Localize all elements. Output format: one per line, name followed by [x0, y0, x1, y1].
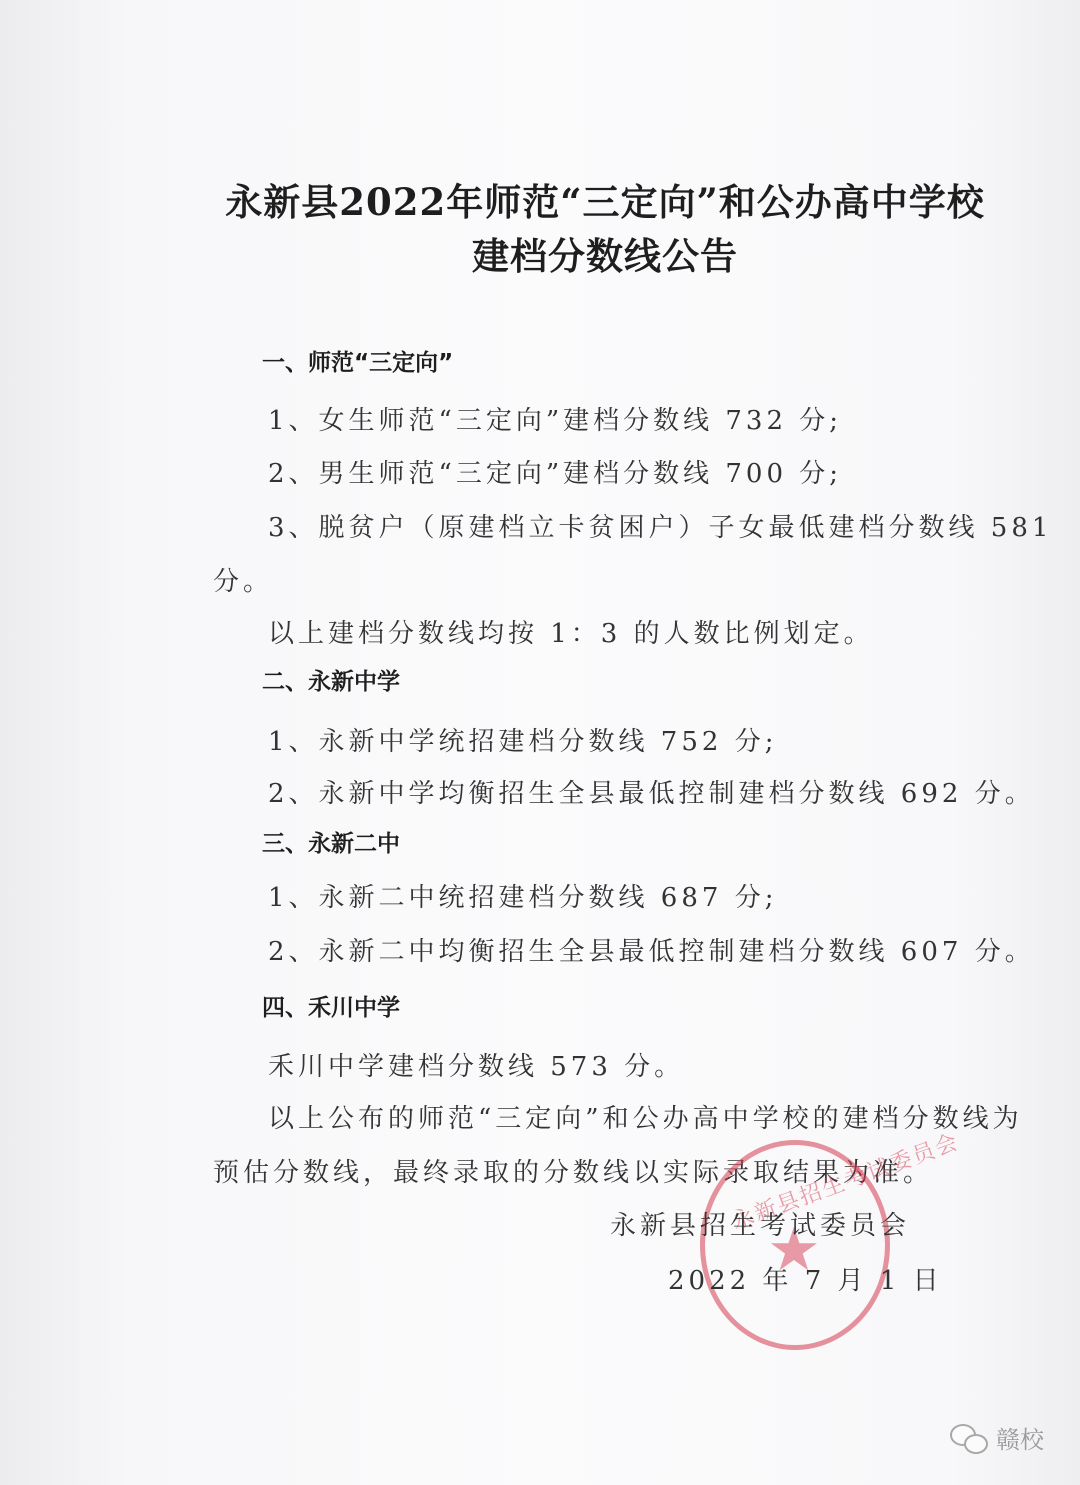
wechat-icon	[950, 1424, 990, 1452]
document-page: 永新县2022年师范“三定向”和公办高中学校 建档分数线公告 一、师范“三定向”…	[0, 0, 1080, 1485]
section-heading-3: 三、永新二中	[262, 825, 400, 858]
section-3-item-2: 2、永新二中均衡招生全县最低控制建档分数线 607 分。	[268, 931, 1035, 968]
section-2-item-2: 2、永新中学均衡招生全县最低控制建档分数线 692 分。	[268, 773, 1035, 810]
section-3-item-1: 1、永新二中统招建档分数线 687 分;	[268, 877, 777, 914]
signature: 永新县招生考试委员会	[610, 1205, 910, 1242]
section-2-item-1: 1、永新中学统招建档分数线 752 分;	[268, 721, 777, 758]
section-1-item-3: 3、脱贫户（原建档立卡贫困户）子女最低建档分数线 581	[268, 507, 1052, 544]
watermark-label: 赣校	[996, 1420, 1044, 1455]
section-heading-2: 二、永新中学	[262, 663, 400, 696]
section-1-item-1: 1、女生师范“三定向”建档分数线 732 分;	[268, 400, 842, 437]
issue-date: 2022 年 7 月 1 日	[668, 1260, 943, 1297]
watermark: 赣校	[950, 1420, 1044, 1455]
section-1-item-2: 2、男生师范“三定向”建档分数线 700 分;	[268, 453, 842, 490]
section-1-item-3-cont: 分。	[213, 561, 273, 598]
document-title-line2: 建档分数线公告	[200, 226, 1010, 280]
official-seal-stamp: 永新县招生考试委员会 ★	[700, 1140, 890, 1350]
section-heading-1: 一、师范“三定向”	[262, 344, 453, 377]
section-1-note: 以上建档分数线均按 1：3 的人数比例划定。	[268, 613, 874, 650]
document-title-line1: 永新县2022年师范“三定向”和公办高中学校	[200, 172, 1010, 226]
section-heading-4: 四、禾川中学	[262, 989, 400, 1022]
closing-line-1: 以上公布的师范“三定向”和公办高中学校的建档分数线为	[268, 1098, 1023, 1135]
section-4-item-1: 禾川中学建档分数线 573 分。	[268, 1046, 684, 1083]
